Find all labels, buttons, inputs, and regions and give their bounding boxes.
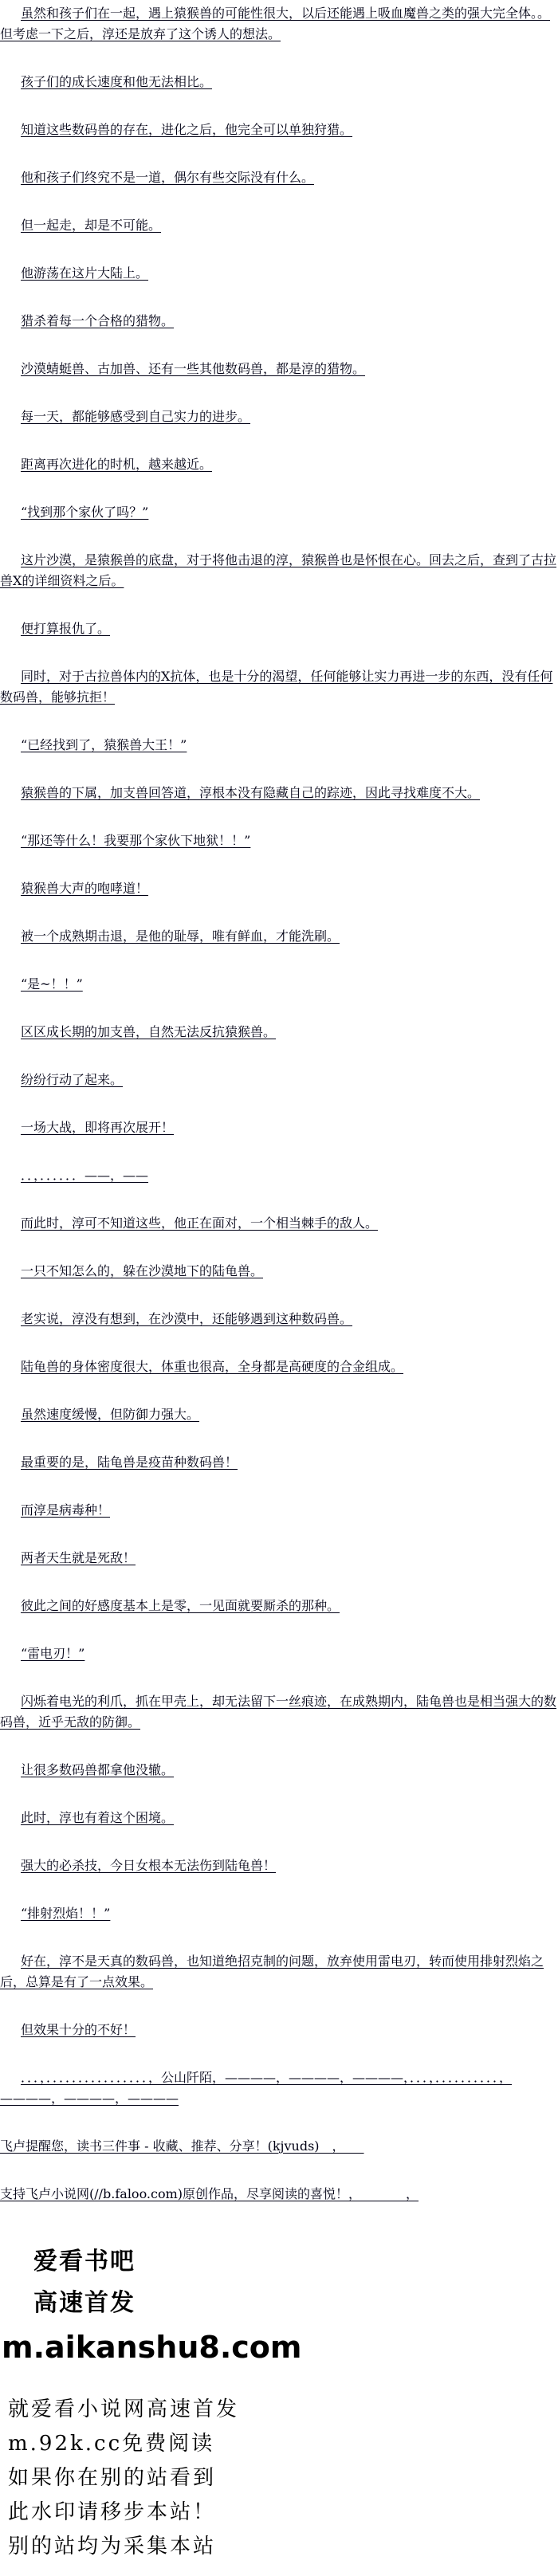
novel-paragraph: 他游荡在这片大陆上。 — [0, 263, 556, 284]
novel-paragraph: 彼此之间的好感度基本上是零，一见面就要厮杀的那种。 — [0, 1596, 556, 1616]
novel-paragraph: 闪烁着电光的利爪，抓在甲壳上，却无法留下一丝痕迹，在成熟期内，陆龟兽也是相当强大… — [0, 1691, 556, 1733]
promo-block: 爱看书吧 高速首发 m.aikanshu8.com — [0, 2241, 556, 2370]
novel-paragraph: “那还等什么！我要那个家伙下地狱！！” — [0, 831, 556, 851]
novel-paragraph: 好在，淳不是天真的数码兽，也知道绝招克制的问题，放弃使用雷电刃，转而使用排射烈焰… — [0, 1951, 556, 1993]
novel-paragraph: 让很多数码兽都拿他没辙。 — [0, 1760, 556, 1781]
novel-paragraph: 便打算报仇了。 — [0, 618, 556, 639]
novel-paragraph: 知道这些数码兽的存在，进化之后，他完全可以单独狩猎。 — [0, 120, 556, 140]
novel-paragraph: “排射烈焰！！” — [0, 1903, 556, 1924]
novel-paragraph: 而淳是病毒种！ — [0, 1500, 556, 1521]
novel-paragraph: 两者天生就是死敌！ — [0, 1548, 556, 1569]
promo-url: m.aikanshu8.com — [2, 2324, 556, 2370]
novel-paragraph: 此时，淳也有着这个困境。 — [0, 1808, 556, 1828]
novel-paragraph: “是~！！” — [0, 974, 556, 995]
watermark-line: 别的站均为采集本站 — [0, 2530, 556, 2564]
novel-paragraph: 这片沙漠，是猿猴兽的底盘，对于将他击退的淳，猿猴兽也是怀恨在心。回去之后，查到了… — [0, 550, 556, 591]
novel-paragraph: 区区成长期的加支兽，自然无法反抗猿猴兽。 — [0, 1022, 556, 1043]
novel-paragraph: 但效果十分的不好！ — [0, 2020, 556, 2040]
novel-paragraph: 强大的必杀技，今日女根本无法伤到陆龟兽！ — [0, 1855, 556, 1876]
novel-paragraph: 老实说，淳没有想到，在沙漠中，还能够遇到这种数码兽。 — [0, 1309, 556, 1329]
novel-paragraph: 支持飞卢小说网(//b.faloo.com)原创作品，尽享阅读的喜悦！， ， — [0, 2184, 556, 2205]
novel-paragraph: 猿猴兽大声的咆哮道！ — [0, 878, 556, 899]
promo-site-name: 爱看书吧 — [33, 2241, 556, 2283]
novel-paragraph: 他和孩子们终究不是一道，偶尔有些交际没有什么。 — [0, 167, 556, 188]
novel-paragraph: ．．，．．．．．．——，—— — [0, 1165, 556, 1186]
novel-paragraph: 纷纷行动了起来。 — [0, 1070, 556, 1090]
novel-paragraph: 但一起走，却是不可能。 — [0, 215, 556, 236]
novel-paragraph: 陆龟兽的身体密度很大，体重也很高，全身都是高硬度的合金组成。 — [0, 1357, 556, 1377]
chapter-text: 虽然和孩子们在一起，遇上猿猴兽的可能性很大，以后还能遇上吸血魔兽之类的强大完全体… — [0, 3, 556, 2205]
novel-paragraph: 而此时，淳可不知道这些，他正在面对，一个相当棘手的敌人。 — [0, 1213, 556, 1234]
novel-paragraph: ．．．，．．．．．．．．．．．．．．．．，公山阡陌，————，————，————… — [0, 2067, 556, 2109]
novel-paragraph: 每一天，都能够感受到自己实力的进步。 — [0, 406, 556, 427]
watermark-line: 此水印请移步本站！ — [0, 2495, 556, 2530]
novel-paragraph: 飞卢提醒您，读书三件事 - 收藏、推荐、分享！(kjvuds) ， — [0, 2136, 556, 2157]
novel-paragraph: 同时，对于古拉兽体内的X抗体，也是十分的渴望，任何能够让实力再进一步的东西，没有… — [0, 666, 556, 708]
novel-paragraph: 距离再次进化的时机，越来越近。 — [0, 454, 556, 475]
novel-paragraph: 一只不知怎么的，躲在沙漠地下的陆龟兽。 — [0, 1261, 556, 1282]
novel-paragraph: 最重要的是，陆龟兽是疫苗种数码兽！ — [0, 1452, 556, 1473]
novel-paragraph: “找到那个家伙了吗？” — [0, 502, 556, 523]
novel-paragraph: 被一个成熟期击退，是他的耻辱，唯有鲜血，才能洗刷。 — [0, 926, 556, 947]
novel-paragraph: 虽然和孩子们在一起，遇上猿猴兽的可能性很大，以后还能遇上吸血魔兽之类的强大完全体… — [0, 3, 556, 45]
promo-tagline: 高速首发 — [33, 2283, 556, 2324]
watermark-line: 就爱看小说网高速首发 — [0, 2393, 556, 2427]
watermark-line: 如果你在别的站看到 — [0, 2461, 556, 2495]
watermark-line: m.92k.cc免费阅读 — [0, 2427, 556, 2461]
novel-page: 虽然和孩子们在一起，遇上猿猴兽的可能性很大，以后还能遇上吸血魔兽之类的强大完全体… — [0, 0, 558, 2576]
novel-paragraph: 猎杀着每一个合格的猎物。 — [0, 311, 556, 332]
novel-paragraph: “雷电刃！” — [0, 1643, 556, 1664]
watermark-block: 就爱看小说网高速首发m.92k.cc免费阅读如果你在别的站看到此水印请移步本站！… — [0, 2393, 556, 2564]
novel-paragraph: 虽然速度缓慢，但防御力强大。 — [0, 1404, 556, 1425]
novel-paragraph: “已经找到了，猿猴兽大王！” — [0, 735, 556, 756]
novel-paragraph: 一场大战，即将再次展开！ — [0, 1117, 556, 1138]
novel-paragraph: 孩子们的成长速度和他无法相比。 — [0, 72, 556, 92]
novel-paragraph: 猿猴兽的下属，加支兽回答道，淳根本没有隐藏自己的踪迹，因此寻找难度不大。 — [0, 783, 556, 803]
novel-paragraph: 沙漠蜻蜓兽、古加兽、还有一些其他数码兽，都是淳的猎物。 — [0, 359, 556, 379]
